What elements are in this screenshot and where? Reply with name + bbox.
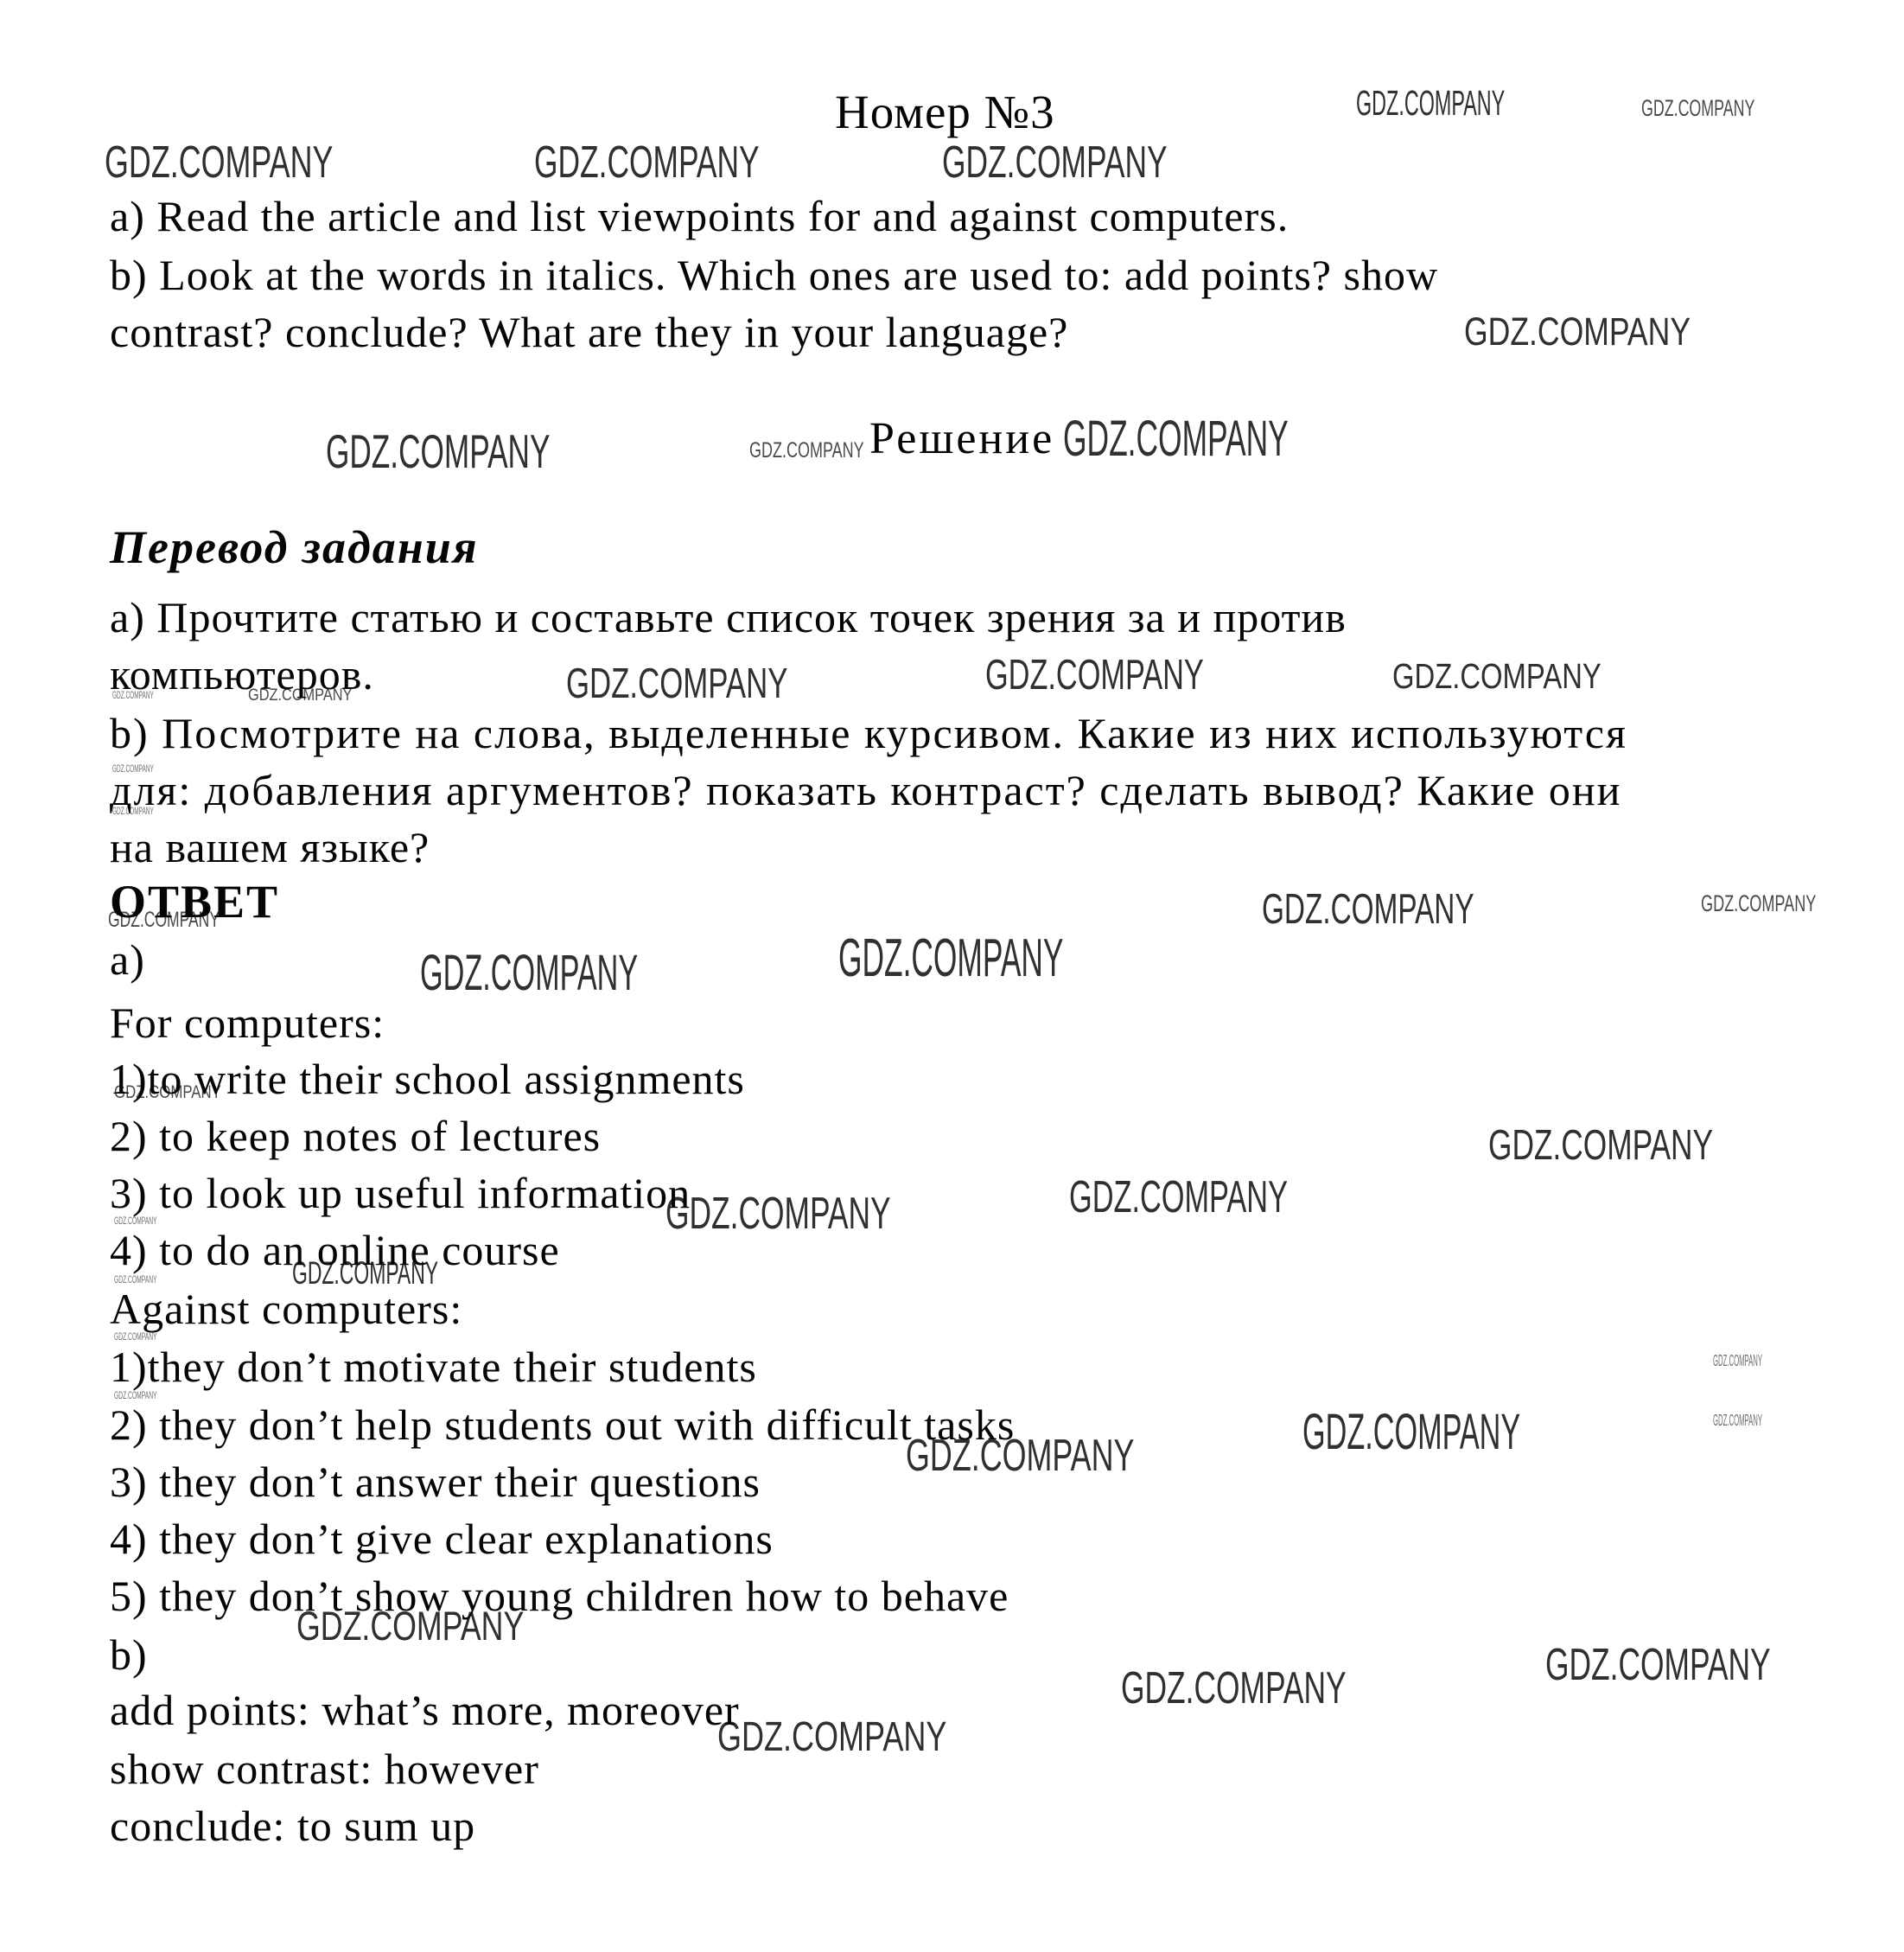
task-en-line-b2: contrast? conclude? What are they in you… — [110, 308, 1068, 358]
watermark-gdz: GDZ.COMPANY — [326, 428, 550, 475]
part-b-item: show contrast: however — [110, 1745, 539, 1795]
translation-heading: Перевод задания — [110, 520, 479, 574]
answer-part-a-label: a) — [110, 935, 145, 986]
task-ru-line-a: a) Прочтите статью и составьте список то… — [110, 593, 1347, 643]
watermark-gdz: GDZ.COMPANY — [942, 140, 1168, 185]
watermark-gdz: GDZ.COMPANY — [420, 948, 638, 998]
watermark-gdz: GDZ.COMPANY — [838, 932, 1063, 986]
watermark-gdz: GDZ.COMPANY — [1488, 1125, 1713, 1167]
watermark-gdz: GDZ.COMPANY — [105, 140, 333, 185]
part-b-item: conclude: to sum up — [110, 1802, 475, 1852]
watermark-gdz: GDZ.COMPANY — [1302, 1407, 1520, 1458]
against-computers-heading: Against computers: — [110, 1285, 462, 1335]
task-ru-line-b: b) Посмотрите на слова, выделенные курси… — [110, 709, 1627, 759]
watermark-gdz: GDZ.COMPANY — [1464, 312, 1691, 351]
watermark-gdz: GDZ.COMPANY — [1392, 659, 1602, 694]
watermark-gdz: GDZ.COMPANY — [1545, 1643, 1771, 1687]
watermark-gdz: GDZ.COMPANY — [1356, 86, 1505, 121]
watermark-gdz: GDZ.COMPANY — [749, 440, 864, 462]
watermark-gdz: GDZ.COMPANY — [1713, 1413, 1762, 1428]
page-title: Номер №3 — [835, 85, 1055, 139]
watermark-gdz: GDZ.COMPANY — [566, 663, 787, 705]
watermark-gdz: GDZ.COMPANY — [534, 140, 760, 185]
answer-heading: ОТВЕТ — [110, 875, 279, 928]
against-item: 2) they don’t help students out with dif… — [110, 1400, 1015, 1451]
for-item: 3) to look up useful information — [110, 1169, 691, 1219]
for-computers-heading: For computers: — [110, 998, 385, 1049]
against-item: 1)they don’t motivate their students — [110, 1343, 757, 1393]
watermark-gdz: GDZ.COMPANY — [1063, 414, 1289, 464]
watermark-gdz: GDZ.COMPANY — [1069, 1175, 1288, 1220]
watermark-gdz: GDZ.COMPANY — [1262, 889, 1474, 931]
task-en-line-a: a) Read the article and list viewpoints … — [110, 192, 1289, 242]
answer-part-b-label: b) — [110, 1630, 148, 1681]
task-ru-line-b3: на вашем языке? — [110, 823, 430, 873]
task-ru-line-b2: для: добавления аргументов? показать кон… — [110, 766, 1621, 816]
against-item: 3) they don’t answer their questions — [110, 1458, 761, 1508]
solution-heading: Решение — [869, 413, 1054, 465]
watermark-gdz: GDZ.COMPANY — [114, 1274, 157, 1285]
watermark-gdz: GDZ.COMPANY — [1713, 1353, 1762, 1368]
for-item: 1)to write their school assignments — [110, 1055, 745, 1105]
watermark-gdz: GDZ.COMPANY — [1121, 1666, 1347, 1711]
for-item: 4) to do an online course — [110, 1226, 560, 1276]
task-ru-line-a2: компьютеров. — [110, 650, 374, 700]
watermark-gdz: GDZ.COMPANY — [1701, 892, 1816, 915]
document-page: GDZ.COMPANY GDZ.COMPANY GDZ.COMPANY GDZ.… — [0, 0, 1904, 1952]
task-en-line-b: b) Look at the words in italics. Which o… — [110, 251, 1438, 301]
watermark-gdz: GDZ.COMPANY — [717, 1717, 946, 1758]
against-item: 4) they don’t give clear explanations — [110, 1515, 774, 1565]
watermark-gdz: GDZ.COMPANY — [665, 1191, 891, 1236]
against-item: 5) they don’t show young children how to… — [110, 1572, 1009, 1622]
part-b-item: add points: what’s more, moreover — [110, 1686, 740, 1736]
watermark-gdz: GDZ.COMPANY — [985, 654, 1204, 697]
for-item: 2) to keep notes of lectures — [110, 1112, 601, 1162]
watermark-gdz: GDZ.COMPANY — [1641, 97, 1754, 120]
